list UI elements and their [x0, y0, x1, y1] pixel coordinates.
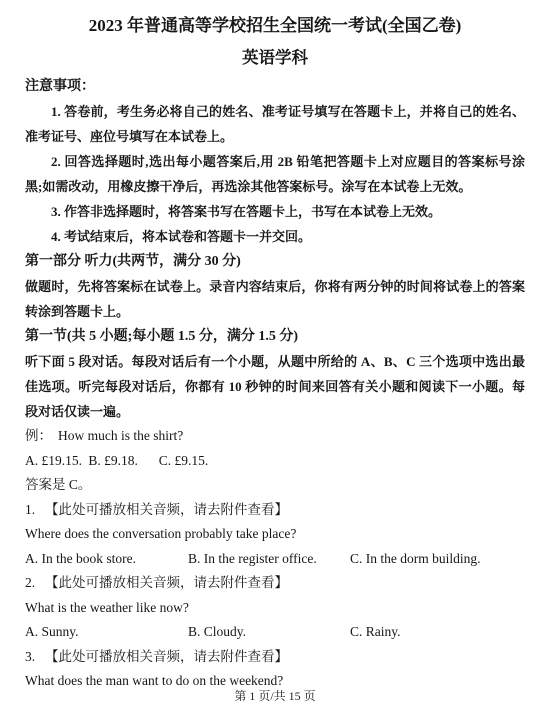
- question-3-audio-line: 3.【此处可播放相关音频，请去附件查看】: [25, 645, 525, 670]
- question-3-audio-note: 【此处可播放相关音频，请去附件查看】: [45, 649, 288, 664]
- example-label: 例：: [25, 428, 52, 443]
- example-options-row: A. £19.15. B. £9.18. C. £9.15.: [25, 449, 525, 474]
- example-answer: 答案是 C。: [25, 473, 525, 498]
- question-1-audio-note: 【此处可播放相关音频，请去附件查看】: [45, 502, 288, 517]
- question-2-option-c: C. Rainy.: [350, 620, 525, 645]
- notice-item-1: 1. 答卷前，考生务必将自己的姓名、准考证号填写在答题卡上，并将自己的姓名、准考…: [25, 99, 525, 149]
- notice-item-4: 4. 考试结束后，将本试卷和答题卡一并交回。: [25, 224, 525, 249]
- question-2-text: What is the weather like now?: [25, 596, 525, 621]
- notice-item-3: 3. 作答非选择题时，将答案书写在答题卡上，书写在本试卷上无效。: [25, 199, 525, 224]
- question-1-option-b: B. In the register office.: [188, 547, 350, 572]
- question-1-option-a: A. In the book store.: [25, 547, 188, 572]
- question-block-2: 2.【此处可播放相关音频，请去附件查看】 What is the weather…: [25, 571, 525, 645]
- question-1-options-row: A. In the book store. B. In the register…: [25, 547, 525, 572]
- example-question: How much is the shirt?: [58, 428, 183, 443]
- question-2-number: 2.: [25, 571, 36, 596]
- question-block-1: 1.【此处可播放相关音频，请去附件查看】 Where does the conv…: [25, 498, 525, 572]
- question-2-option-a: A. Sunny.: [25, 620, 188, 645]
- part1-heading: 第一部分 听力(共两节，满分 30 分): [25, 249, 525, 274]
- question-3-number: 3.: [25, 645, 36, 670]
- example-question-line: 例：How much is the shirt?: [25, 424, 525, 449]
- example-option-a: A. £19.15.: [25, 449, 85, 474]
- part1-instruction: 做题时，先将答案标在试卷上。录音内容结束后，你将有两分钟的时间将试卷上的答案转涂…: [25, 274, 525, 324]
- question-1-text: Where does the conversation probably tak…: [25, 522, 525, 547]
- question-2-option-b: B. Cloudy.: [188, 620, 350, 645]
- question-1-number: 1.: [25, 498, 36, 523]
- question-2-audio-line: 2.【此处可播放相关音频，请去附件查看】: [25, 571, 525, 596]
- notice-heading: 注意事项：: [25, 74, 525, 99]
- question-1-audio-line: 1.【此处可播放相关音频，请去附件查看】: [25, 498, 525, 523]
- exam-paper-page: 2023 年普通高等学校招生全国统一考试(全国乙卷) 英语学科 注意事项： 1.…: [0, 0, 550, 712]
- example-option-c: C. £9.15.: [159, 449, 209, 474]
- section1-heading: 第一节(共 5 小题;每小题 1.5 分，满分 1.5 分): [25, 324, 525, 349]
- question-2-options-row: A. Sunny. B. Cloudy. C. Rainy.: [25, 620, 525, 645]
- page-title: 2023 年普通高等学校招生全国统一考试(全国乙卷): [25, 14, 525, 38]
- page-footer: 第 1 页/共 15 页: [0, 687, 550, 704]
- question-2-audio-note: 【此处可播放相关音频，请去附件查看】: [45, 575, 288, 590]
- notice-item-2: 2. 回答选择题时,选出每小题答案后,用 2B 铅笔把答题卡上对应题目的答案标号…: [25, 149, 525, 199]
- question-1-option-c: C. In the dorm building.: [350, 547, 525, 572]
- page-subtitle: 英语学科: [25, 46, 525, 70]
- example-option-b: B. £9.18.: [88, 449, 155, 474]
- section1-instruction: 听下面 5 段对话。每段对话后有一个小题，从题中所给的 A、B、C 三个选项中选…: [25, 349, 525, 424]
